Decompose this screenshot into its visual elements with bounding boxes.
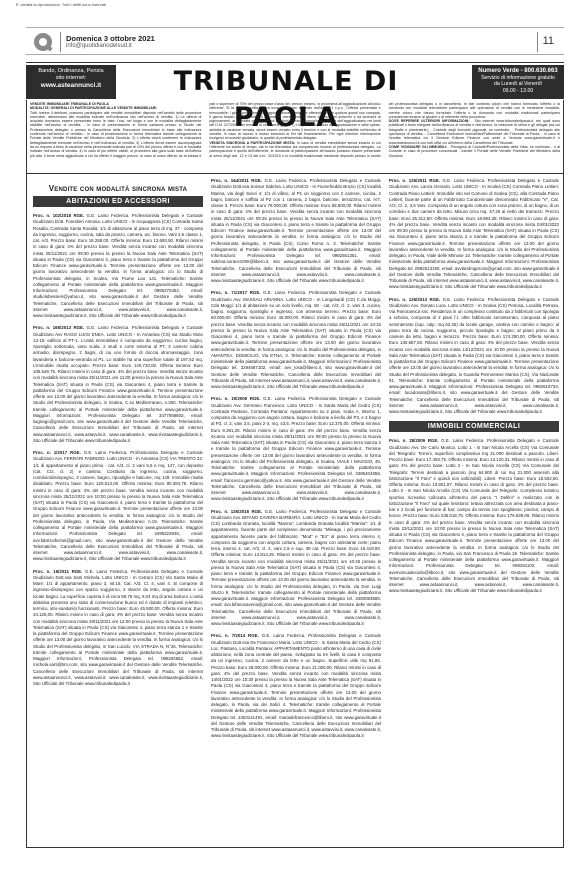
info-line: sito internet: [26,75,116,82]
issue-date: Domenica 3 ottobre 2021 [66,34,155,43]
listing: Proc. n. 102/2018 RGE. G.E. Laino Federi… [33,213,203,319]
listing: Proc. n. 71/2017 RGE. G.E. Laino Federic… [211,290,381,390]
listing-text: G.E. Laino Federica. Professionista Dele… [211,509,381,627]
page-header: Domenica 3 ottobre 2021 info@quotidianod… [26,27,564,55]
listing: Proc. n. 28/2009 RGE. G.E. Laino Federic… [389,438,559,594]
listing-ref: Proc. n. 71/2017 RGE. [211,290,261,295]
column-1: Vendite con modalità sincrona mista ABIT… [33,178,203,844]
listing-text: G.E. Laino Federica. Professionista Dele… [33,325,203,443]
listing-text: G.E. Laino Federica. Professionista Dele… [33,569,203,687]
intro-text: - Sito internet www.tribunaledipaola.it,… [389,119,560,144]
listing-text: G.E. Laino Federica. Professionista Dele… [33,450,203,561]
listing-text: G.E. Laino Federica. Professionista Dele… [33,213,203,318]
intro-text: quanto disposto dall'art. 571 c.p.c., l'… [209,106,380,140]
listing: Proc. n. 125/2011 RGE. G.E. Laino Federi… [389,178,559,291]
listing: Proc. n. 19/2006 RGE. G.E. Laino Federic… [211,396,381,502]
column-3: Proc. n. 125/2011 RGE. G.E. Laino Federi… [389,178,559,844]
site-link[interactable]: www.asteannunci.it [26,82,116,89]
listing-ref: Proc. n. 19/2006 RGE. [211,396,261,401]
listing-text: G.E. Laino Federica. Professionista Dele… [211,178,381,283]
toll-free-number: Numero Verde - 800.630.663 [472,68,564,75]
general-conditions: VENDITE IMMOBILIARI TRIBUNALE DI PAOLA M… [26,100,564,174]
listing-text: G.E. Laino Federica. Professionista Dele… [211,633,381,738]
listing: Proc. n. 7/2014 RGE. G.E. Laino Federica… [211,633,381,739]
listing: Proc. n. 126/2013 RGE. G.E. Laino Federi… [389,297,559,416]
listing-ref: Proc. n. 126/2013 RGE. [389,297,440,302]
listing-ref: Proc. n. 15/2011 RGE. [33,569,82,574]
listing: Proc. n. 15/2011 RGE. G.E. Laino Federic… [33,569,203,688]
masthead-info-box: Bando, Ordinanza, Perizia sito internet:… [26,65,116,99]
toll-free-box: Numero Verde - 800.630.663 Servizio di i… [472,65,564,99]
listing-ref: Proc. n. 165/2013 RGE. [33,325,84,330]
listing-ref: Proc. n. 7/2014 RGE. [211,633,259,638]
listing-text: G.E. Laino Federica. Professionista Dele… [389,178,559,289]
listing-ref: Proc. n. 1/2017 RGE. [33,450,81,455]
service-hours: 09.00 - 13.00 [472,88,564,95]
page-number: 11 [543,35,554,47]
listing-text: G.E. Laino Federica. Professionista Dele… [389,297,559,415]
masthead: Bando, Ordinanza, Perizia sito internet:… [26,62,564,100]
copyright-notice: E' vietata la riproduzione. Tutti i diri… [16,2,106,7]
listing: Proc. n. 1/2017 RGE. G.E. Laino Federica… [33,450,203,563]
divider [60,32,61,52]
category-bar-commerciali: IMMOBILI COMMERCIALI [389,421,559,432]
listing-text: G.E. Laino Federica. Professionista Dele… [211,290,381,389]
listing: Proc. n. 165/2013 RGE. G.E. Laino Federi… [33,325,203,444]
category-bar-abitazioni: ABITAZIONI ED ACCESSORI [33,196,203,207]
info-line: Bando, Ordinanza, Perizia [26,68,116,75]
listing-text: G.E. Laino Federica. Professionista Dele… [389,438,559,593]
listing-text: G.E. Laino Federica. Professionista Dele… [211,396,381,501]
listing-ref: Proc. n. 135/2016 RGE. [211,509,262,514]
divider [537,32,538,52]
listing-ref: Proc. n. 102/2018 RGE. [33,213,84,218]
listing-ref: Proc. n. 28/2009 RGE. [389,438,439,443]
listing: Proc. n. 164/2011 RGE. G.E. Laino Federi… [211,178,381,284]
contact-email[interactable]: info@quotidianodelsud.it [66,43,132,49]
logo-tail [45,45,52,52]
listing: Proc. n. 135/2016 RGE. G.E. Laino Federi… [211,509,381,628]
section-heading-vendite: Vendite con modalità sincrona mista [33,184,203,193]
listing-ref: Proc. n. 125/2011 RGE. [389,178,440,183]
listings-area: Vendite con modalità sincrona mista ABIT… [26,174,564,848]
column-2: Proc. n. 164/2011 RGE. G.E. Laino Federi… [211,178,381,844]
listing-ref: Proc. n. 164/2011 RGE. [211,178,262,183]
